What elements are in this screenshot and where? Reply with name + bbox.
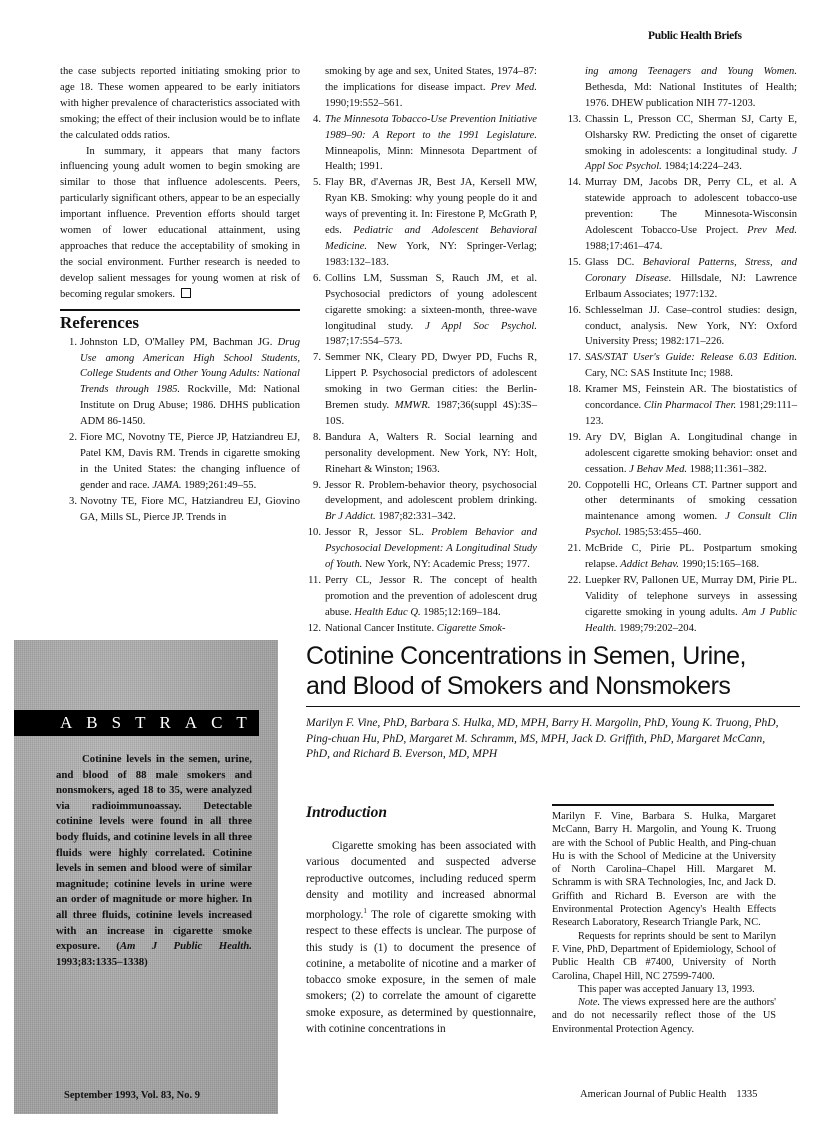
reference-item: 5.Flay BR, d'Avernas JR, Best JA, Kersel… (325, 175, 537, 270)
abstract-box: ABSTRACT Cotinine levels in the semen, u… (14, 640, 278, 1114)
abstract-text: Cotinine levels in the semen, urine, and… (56, 752, 252, 970)
reference-item: 6.Collins LM, Sussman S, Rauch JM, et al… (325, 271, 537, 351)
reference-item: 17.SAS/STAT User's Guide: Release 6.03 E… (585, 350, 797, 382)
reference-item: 1.Johnston LD, O'Malley PM, Bachman JG. … (60, 335, 300, 430)
article-authors: Marilyn F. Vine, PhD, Barbara S. Hulka, … (306, 716, 786, 763)
abstract-label: ABSTRACT (14, 710, 259, 736)
reference-item: 7.Semmer NK, Cleary PD, Dwyer PD, Fuchs … (325, 350, 537, 430)
reference-item: 18.Kramer MS, Feinstein AR. The biostati… (585, 382, 797, 430)
column-1: the case subjects reported initiating sm… (60, 64, 300, 525)
article-title: Cotinine Concentrations in Semen, Urine,… (306, 641, 786, 701)
affiliation-notes: Marilyn F. Vine, Barbara S. Hulka, Marga… (552, 810, 776, 1036)
reference-item-continued: smoking by age and sex, United States, 1… (325, 64, 537, 112)
reference-item-continued: ing among Teenagers and Young Women. Bet… (585, 64, 797, 112)
issue-footer: September 1993, Vol. 83, No. 9 (64, 1090, 200, 1101)
affiliations: Marilyn F. Vine, Barbara S. Hulka, Marga… (552, 810, 776, 930)
disclaimer-note: Note. The views expressed here are the a… (552, 996, 776, 1036)
reference-item: 11.Perry CL, Jessor R. The concept of he… (325, 573, 537, 621)
journal-name: American Journal of Public Health (580, 1089, 726, 1100)
reference-item: 9.Jessor R. Problem-behavior theory, psy… (325, 478, 537, 526)
reference-item: 2.Fiore MC, Novotny TE, Pierce JP, Hatzi… (60, 430, 300, 494)
conclusion-paragraph-2: In summary, it appears that many factors… (60, 144, 300, 303)
reference-item: 21.McBride C, Pirie PL. Postpartum smoki… (585, 541, 797, 573)
reference-item: 20.Coppotelli HC, Orleans CT. Partner su… (585, 478, 797, 542)
reference-item: 10.Jessor R, Jessor SL. Problem Behavior… (325, 525, 537, 573)
page-number: 1335 (736, 1089, 757, 1100)
references-list-col2: smoking by age and sex, United States, 1… (325, 64, 537, 637)
reference-item: 8.Bandura A, Walters R. Social learning … (325, 430, 537, 478)
reference-item: 4.The Minnesota Tobacco-Use Prevention I… (325, 112, 537, 176)
references-list-col1: 1.Johnston LD, O'Malley PM, Bachman JG. … (60, 335, 300, 526)
introduction-heading: Introduction (306, 804, 387, 822)
end-of-article-icon (181, 288, 191, 298)
reference-item: 15.Glass DC. Behavioral Patterns, Stress… (585, 255, 797, 303)
reference-item: 14.Murray DM, Jacobs DR, Perry CL, et al… (585, 175, 797, 255)
column-2: smoking by age and sex, United States, 1… (325, 64, 537, 637)
references-divider (60, 309, 300, 311)
introduction-text: Cigarette smoking has been associated wi… (306, 838, 536, 1037)
page-footer: American Journal of Public Health1335 (580, 1089, 757, 1100)
reference-3-start: Novotny TE, Fiore MC, Hatziandreu EJ, Gi… (80, 496, 300, 523)
reference-item: 12.National Cancer Institute. Cigarette … (325, 621, 537, 637)
reference-item: 3.Novotny TE, Fiore MC, Hatziandreu EJ, … (60, 494, 300, 526)
reference-item: 19.Ary DV, Biglan A. Longitudinal change… (585, 430, 797, 478)
references-list-col3: ing among Teenagers and Young Women. Bet… (585, 64, 797, 637)
references-heading: References (60, 313, 300, 333)
accepted-date: This paper was accepted January 13, 1993… (552, 983, 776, 996)
affiliation-divider (552, 804, 774, 806)
running-head: Public Health Briefs (648, 30, 742, 42)
reference-item: 22.Luepker RV, Pallonen UE, Murray DM, P… (585, 573, 797, 637)
reprints-note: Requests for reprints should be sent to … (552, 930, 776, 983)
reference-item: 13.Chassin L, Presson CC, Sherman SJ, Ca… (585, 112, 797, 176)
title-divider (306, 706, 800, 707)
reference-item: 16.Schlesselman JJ. Case–control studies… (585, 303, 797, 351)
conclusion-paragraph-1: the case subjects reported initiating sm… (60, 64, 300, 144)
column-3: ing among Teenagers and Young Women. Bet… (585, 64, 797, 637)
